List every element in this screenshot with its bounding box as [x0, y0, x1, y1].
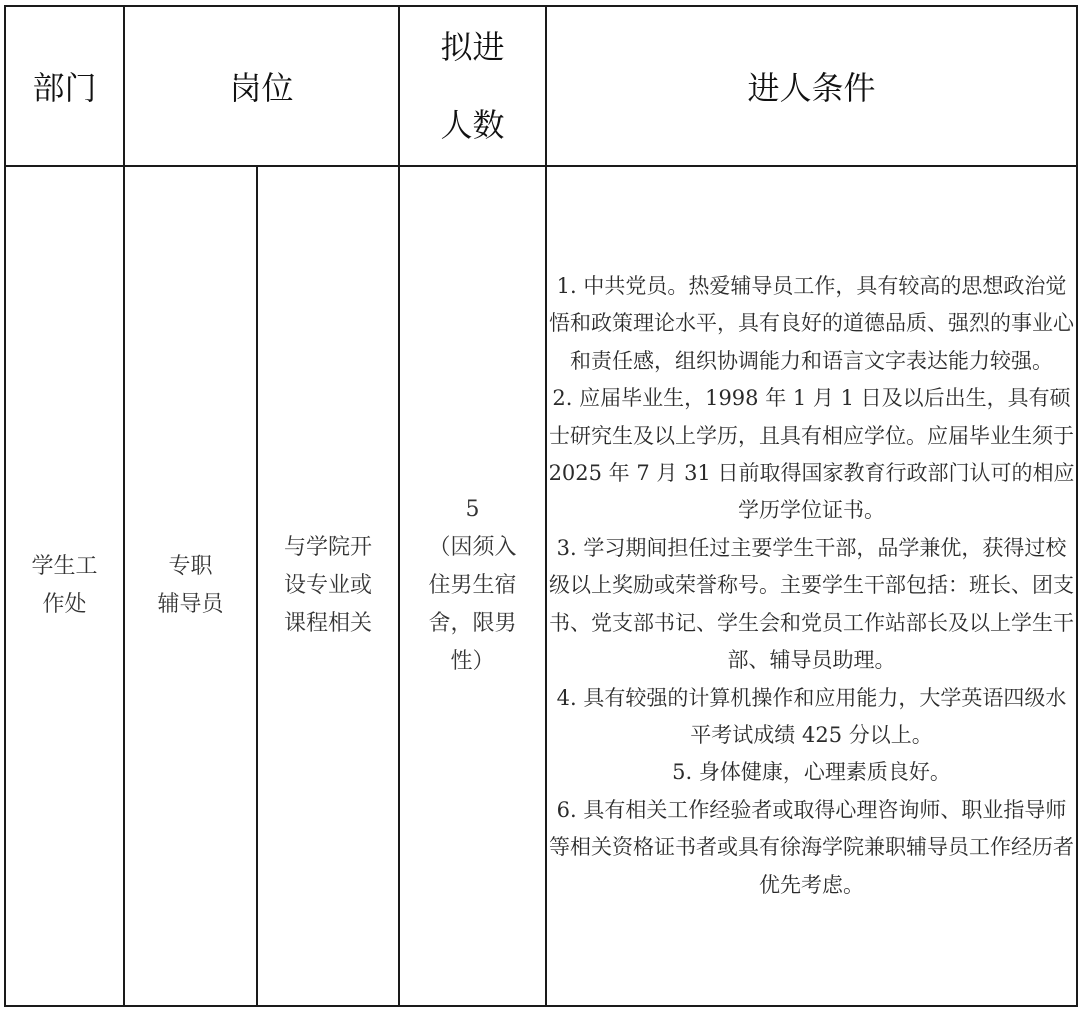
recruitment-table: 部门 岗位 拟进 人数 进人条件 学生工 作处 专职 辅导员 与学院开 设专业或… — [4, 5, 1078, 1007]
requirement-item: 6. 具有相关工作经验者或取得心理咨询师、职业指导师等相关资格证书者或具有徐海学… — [547, 792, 1076, 904]
count-note-line: 性） — [400, 643, 545, 681]
requirement-item: 1. 中共党员。热爱辅导员工作，具有较高的思想政治觉悟和政策理论水平，具有良好的… — [547, 268, 1076, 380]
header-requirements: 进人条件 — [546, 6, 1077, 166]
requirement-item: 4. 具有较强的计算机操作和应用能力，大学英语四级水平考试成绩 425 分以上。 — [547, 680, 1076, 755]
requirement-item: 2. 应届毕业生，1998 年 1 月 1 日及以后出生，具有硕士研究生及以上学… — [547, 380, 1076, 530]
header-count-line2: 人数 — [400, 86, 545, 164]
requirement-item: 5. 身体健康，心理素质良好。 — [547, 754, 1076, 791]
header-position: 岗位 — [124, 6, 399, 166]
header-count: 拟进 人数 — [399, 6, 546, 166]
count-value: 5 — [400, 491, 545, 529]
header-row: 部门 岗位 拟进 人数 进人条件 — [5, 6, 1077, 166]
position-title-cell: 专职 辅导员 — [124, 166, 257, 1006]
requirements-cell: 1. 中共党员。热爱辅导员工作，具有较高的思想政治觉悟和政策理论水平，具有良好的… — [546, 166, 1077, 1006]
count-note-line: （因须入 — [400, 529, 545, 567]
position-major-line: 设专业或 — [258, 567, 398, 605]
table-row: 学生工 作处 专职 辅导员 与学院开 设专业或 课程相关 5 （因须入 住男生宿… — [5, 166, 1077, 1006]
position-major-line: 课程相关 — [258, 605, 398, 643]
position-title-line: 专职 — [125, 548, 256, 586]
department-cell: 学生工 作处 — [5, 166, 124, 1006]
count-note-line: 住男生宿 — [400, 567, 545, 605]
position-major-line: 与学院开 — [258, 529, 398, 567]
count-cell: 5 （因须入 住男生宿 舍，限男 性） — [399, 166, 546, 1006]
count-note-line: 舍，限男 — [400, 605, 545, 643]
header-department: 部门 — [5, 6, 124, 166]
requirement-item: 3. 学习期间担任过主要学生干部，品学兼优，获得过校级以上奖励或荣誉称号。主要学… — [547, 530, 1076, 680]
department-line: 作处 — [6, 586, 123, 624]
position-major-cell: 与学院开 设专业或 课程相关 — [257, 166, 399, 1006]
department-line: 学生工 — [6, 548, 123, 586]
header-count-line1: 拟进 — [400, 8, 545, 86]
position-title-line: 辅导员 — [125, 586, 256, 624]
